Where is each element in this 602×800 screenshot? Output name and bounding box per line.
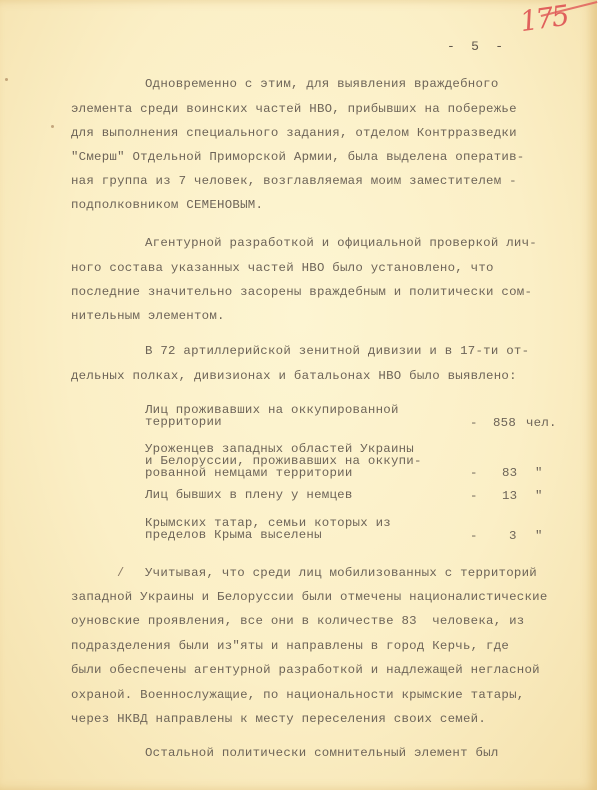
paper-speck xyxy=(5,78,8,81)
text-line: были обеспечены агентурной разработкой и… xyxy=(71,663,540,677)
text-line: Агентурной разработкой и официальной про… xyxy=(145,236,537,250)
list-item-value: 83 xyxy=(502,466,517,480)
list-item-dash: - xyxy=(470,529,478,543)
text-line: последние значительно засорены враждебны… xyxy=(71,285,532,299)
document-page: 175 - 5 - Одновременно с этим, для выявл… xyxy=(0,0,597,790)
text-line: дельных полках, дивизионах и батальонах … xyxy=(71,369,517,383)
list-item-label: Лиц бывших в плену у немцев xyxy=(145,490,353,502)
text-line: через НКВД направлены к месту переселени… xyxy=(71,712,486,726)
list-item-dash: - xyxy=(470,416,478,430)
text-line: Одновременно с этим, для выявления вражд… xyxy=(145,77,499,91)
handwritten-margin-mark: / xyxy=(117,566,124,580)
text-line: Остальной политически сомнительный элеме… xyxy=(145,746,499,760)
text-line: для выполнения специального задания, отд… xyxy=(71,126,517,140)
list-item-dash: - xyxy=(470,489,478,503)
list-item-label: рованной немцами территории xyxy=(145,468,353,480)
text-line: оуновские проявления, все они в количест… xyxy=(71,614,524,628)
text-line: подразделения были из"яты и направлены в… xyxy=(71,639,509,653)
list-item-unit: " xyxy=(535,466,543,480)
list-item-unit: " xyxy=(535,529,543,543)
list-item-label: территории xyxy=(145,417,222,429)
list-item-value: 13 xyxy=(502,489,517,503)
text-line: элемента среди воинских частей НВО, приб… xyxy=(71,102,517,116)
paper-speck xyxy=(51,125,54,128)
list-item-value: 3 xyxy=(509,529,517,543)
page-number: - 5 - xyxy=(447,39,503,54)
text-line: охраной. Военнослужащие, по национальнос… xyxy=(71,688,524,702)
list-item-dash: - xyxy=(470,466,478,480)
text-line: нительным элементом. xyxy=(71,309,225,323)
list-item-unit: чел. xyxy=(526,416,557,430)
list-item-label: пределов Крыма выселены xyxy=(145,530,322,542)
text-line: Учитывая, что среди лиц мобилизованных с… xyxy=(145,566,537,580)
text-line: ная группа из 7 человек, возглавляемая м… xyxy=(71,174,517,188)
text-line: "Смерш" Отдельной Приморской Армии, была… xyxy=(71,150,524,164)
archive-page-number: 175 xyxy=(518,0,570,38)
text-line: подполковником СЕМЕНОВЫМ. xyxy=(71,198,263,212)
text-line: западной Украины и Белоруссии были отмеч… xyxy=(71,590,548,604)
list-item-value: 858 xyxy=(493,416,516,430)
text-line: В 72 артиллерийской зенитной дивизии и в… xyxy=(145,344,529,358)
text-line: ного состава указанных частей НВО было у… xyxy=(71,261,494,275)
list-item-unit: " xyxy=(535,489,543,503)
